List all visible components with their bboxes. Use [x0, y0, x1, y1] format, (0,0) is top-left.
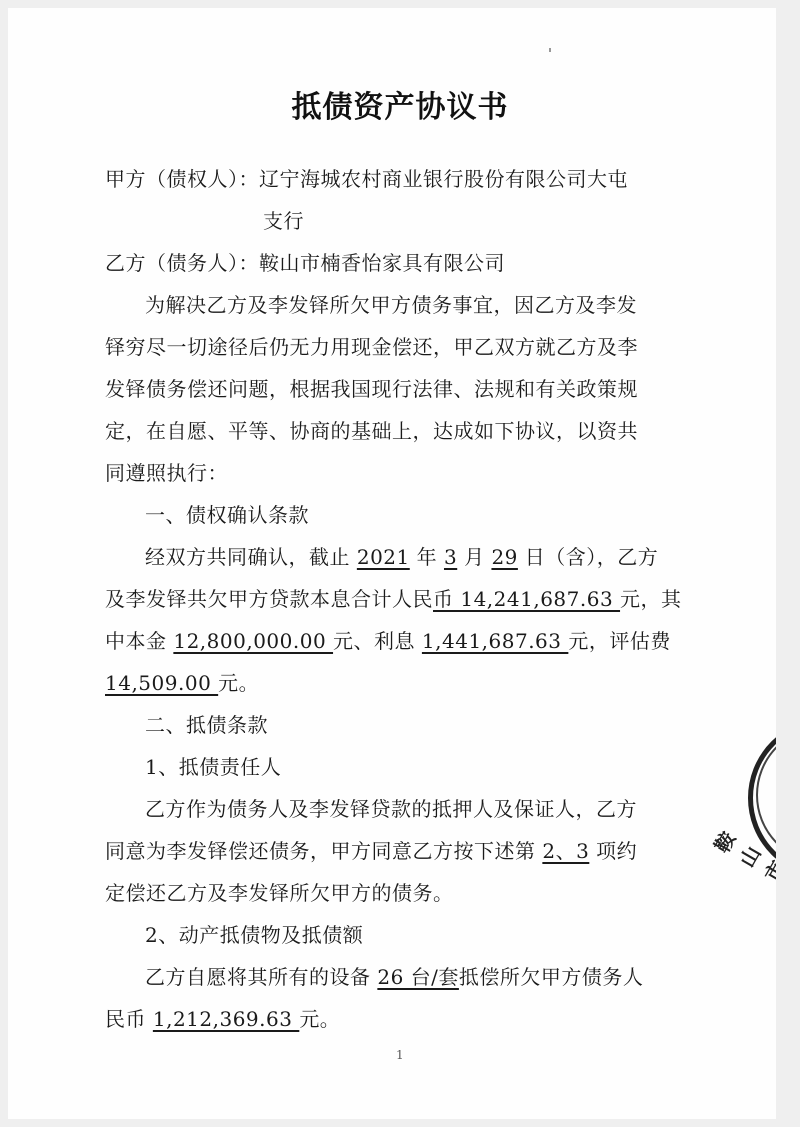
preamble-line-5: 同遵照执行： — [105, 459, 228, 487]
party-a-label: 甲方（债权人）： — [105, 167, 259, 191]
section1-line-2: 及李发铎共欠甲方贷款本息合计人民币 14,241,687.63 元，其 — [105, 585, 682, 613]
text: 乙方自愿将其所有的设备 — [145, 965, 377, 989]
item2-line-1: 乙方自愿将其所有的设备 26 台/套抵偿所欠甲方债务人 — [145, 963, 643, 991]
text: 经双方共同确认，截止 — [145, 545, 357, 569]
item1-heading: 1、抵债责任人 — [145, 753, 281, 781]
text: 中本金 — [105, 629, 173, 653]
date-month: 3 — [444, 545, 457, 569]
text: 元、利息 — [333, 629, 422, 653]
scan-speck — [549, 48, 551, 52]
preamble-line-1: 为解决乙方及李发铎所欠甲方债务事宜，因乙方及李发 — [145, 291, 637, 319]
section1-line-1: 经双方共同确认，截止 2021 年 3 月 29 日（含），乙方 — [145, 543, 658, 571]
item1-line-1: 乙方作为债务人及李发铎贷款的抵押人及保证人，乙方 — [145, 795, 637, 823]
items-reference: 2、3 — [542, 839, 589, 863]
page-number: 1 — [396, 1048, 404, 1062]
item2-line-2: 民币 1,212,369.63 元。 — [105, 1005, 340, 1033]
item1-line-2: 同意为李发铎偿还债务，甲方同意乙方按下述第 2、3 项约 — [105, 837, 637, 865]
text: 元，评估费 — [568, 629, 671, 653]
text: 元。 — [299, 1007, 340, 1031]
appraisal-fee: 14,509.00 — [105, 671, 218, 695]
text: 日（含），乙方 — [518, 545, 658, 569]
total-amount: 币 14,241,687.63 — [433, 587, 620, 611]
preamble-line-4: 定，在自愿、平等、协商的基础上，达成如下协议，以资共 — [105, 417, 638, 445]
text: 民币 — [105, 1007, 153, 1031]
party-a-name: 辽宁海城农村商业银行股份有限公司大屯 — [259, 167, 628, 191]
party-a-line: 甲方（债权人）：辽宁海城农村商业银行股份有限公司大屯 — [105, 165, 628, 193]
text: 及李发铎共欠甲方贷款本息合计人民 — [105, 587, 433, 611]
section2-heading: 二、抵债条款 — [145, 711, 268, 739]
section1-heading: 一、债权确认条款 — [145, 501, 309, 529]
preamble-line-3: 发铎债务偿还问题，根据我国现行法律、法规和有关政策规 — [105, 375, 638, 403]
party-b-name: 鞍山市楠香怡家具有限公司 — [259, 251, 505, 275]
principal-amount: 12,800,000.00 — [173, 629, 333, 653]
text: 抵偿所欠甲方债务人 — [459, 965, 644, 989]
item1-line-3: 定偿还乙方及李发铎所欠甲方的债务。 — [105, 879, 454, 907]
preamble-line-2: 铎穷尽一切途径后仍无力用现金偿还，甲乙双方就乙方及李 — [105, 333, 638, 361]
party-b-label: 乙方（债务人）： — [105, 251, 259, 275]
equipment-count: 26 台/套 — [377, 965, 459, 989]
document-title: 抵债资产协议书 — [8, 82, 776, 126]
text: 元，其 — [620, 587, 682, 611]
text: 元。 — [218, 671, 259, 695]
interest-amount: 1,441,687.63 — [422, 629, 568, 653]
text: 月 — [457, 545, 491, 569]
section1-line-4: 14,509.00 元。 — [105, 669, 259, 697]
date-day: 29 — [491, 545, 517, 569]
offset-amount: 1,212,369.63 — [153, 1007, 299, 1031]
text: 年 — [410, 545, 444, 569]
text: 项约 — [589, 839, 637, 863]
party-a-name-cont: 支行 — [263, 207, 304, 235]
text: 同意为李发铎偿还债务，甲方同意乙方按下述第 — [105, 839, 542, 863]
item2-heading: 2、动产抵债物及抵债额 — [145, 921, 363, 949]
date-year: 2021 — [357, 545, 410, 569]
document-page: 抵债资产协议书 甲方（债权人）：辽宁海城农村商业银行股份有限公司大屯 支行 乙方… — [8, 8, 776, 1119]
party-b-line: 乙方（债务人）：鞍山市楠香怡家具有限公司 — [105, 249, 505, 277]
section1-line-3: 中本金 12,800,000.00 元、利息 1,441,687.63 元，评估… — [105, 627, 671, 655]
